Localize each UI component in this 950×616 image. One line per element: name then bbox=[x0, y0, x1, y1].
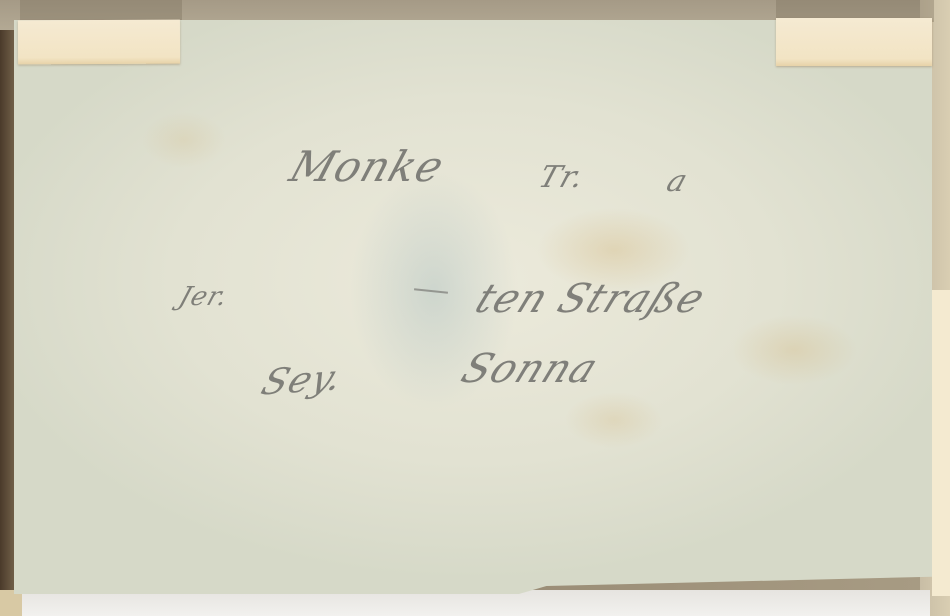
tape-top-left bbox=[18, 20, 180, 65]
handwriting-line2-word2: ten Straße bbox=[469, 276, 713, 322]
handwriting-line2-word1: Jer. bbox=[175, 282, 232, 312]
underlying-card bbox=[932, 290, 950, 596]
handwriting-line3-word2: Sonna bbox=[455, 346, 605, 392]
handwriting-line3-word1: Sey. bbox=[256, 357, 349, 403]
tape-top-right bbox=[776, 18, 932, 66]
letter-paper bbox=[14, 20, 932, 594]
handwriting-line1-word1: Monke bbox=[284, 142, 451, 191]
